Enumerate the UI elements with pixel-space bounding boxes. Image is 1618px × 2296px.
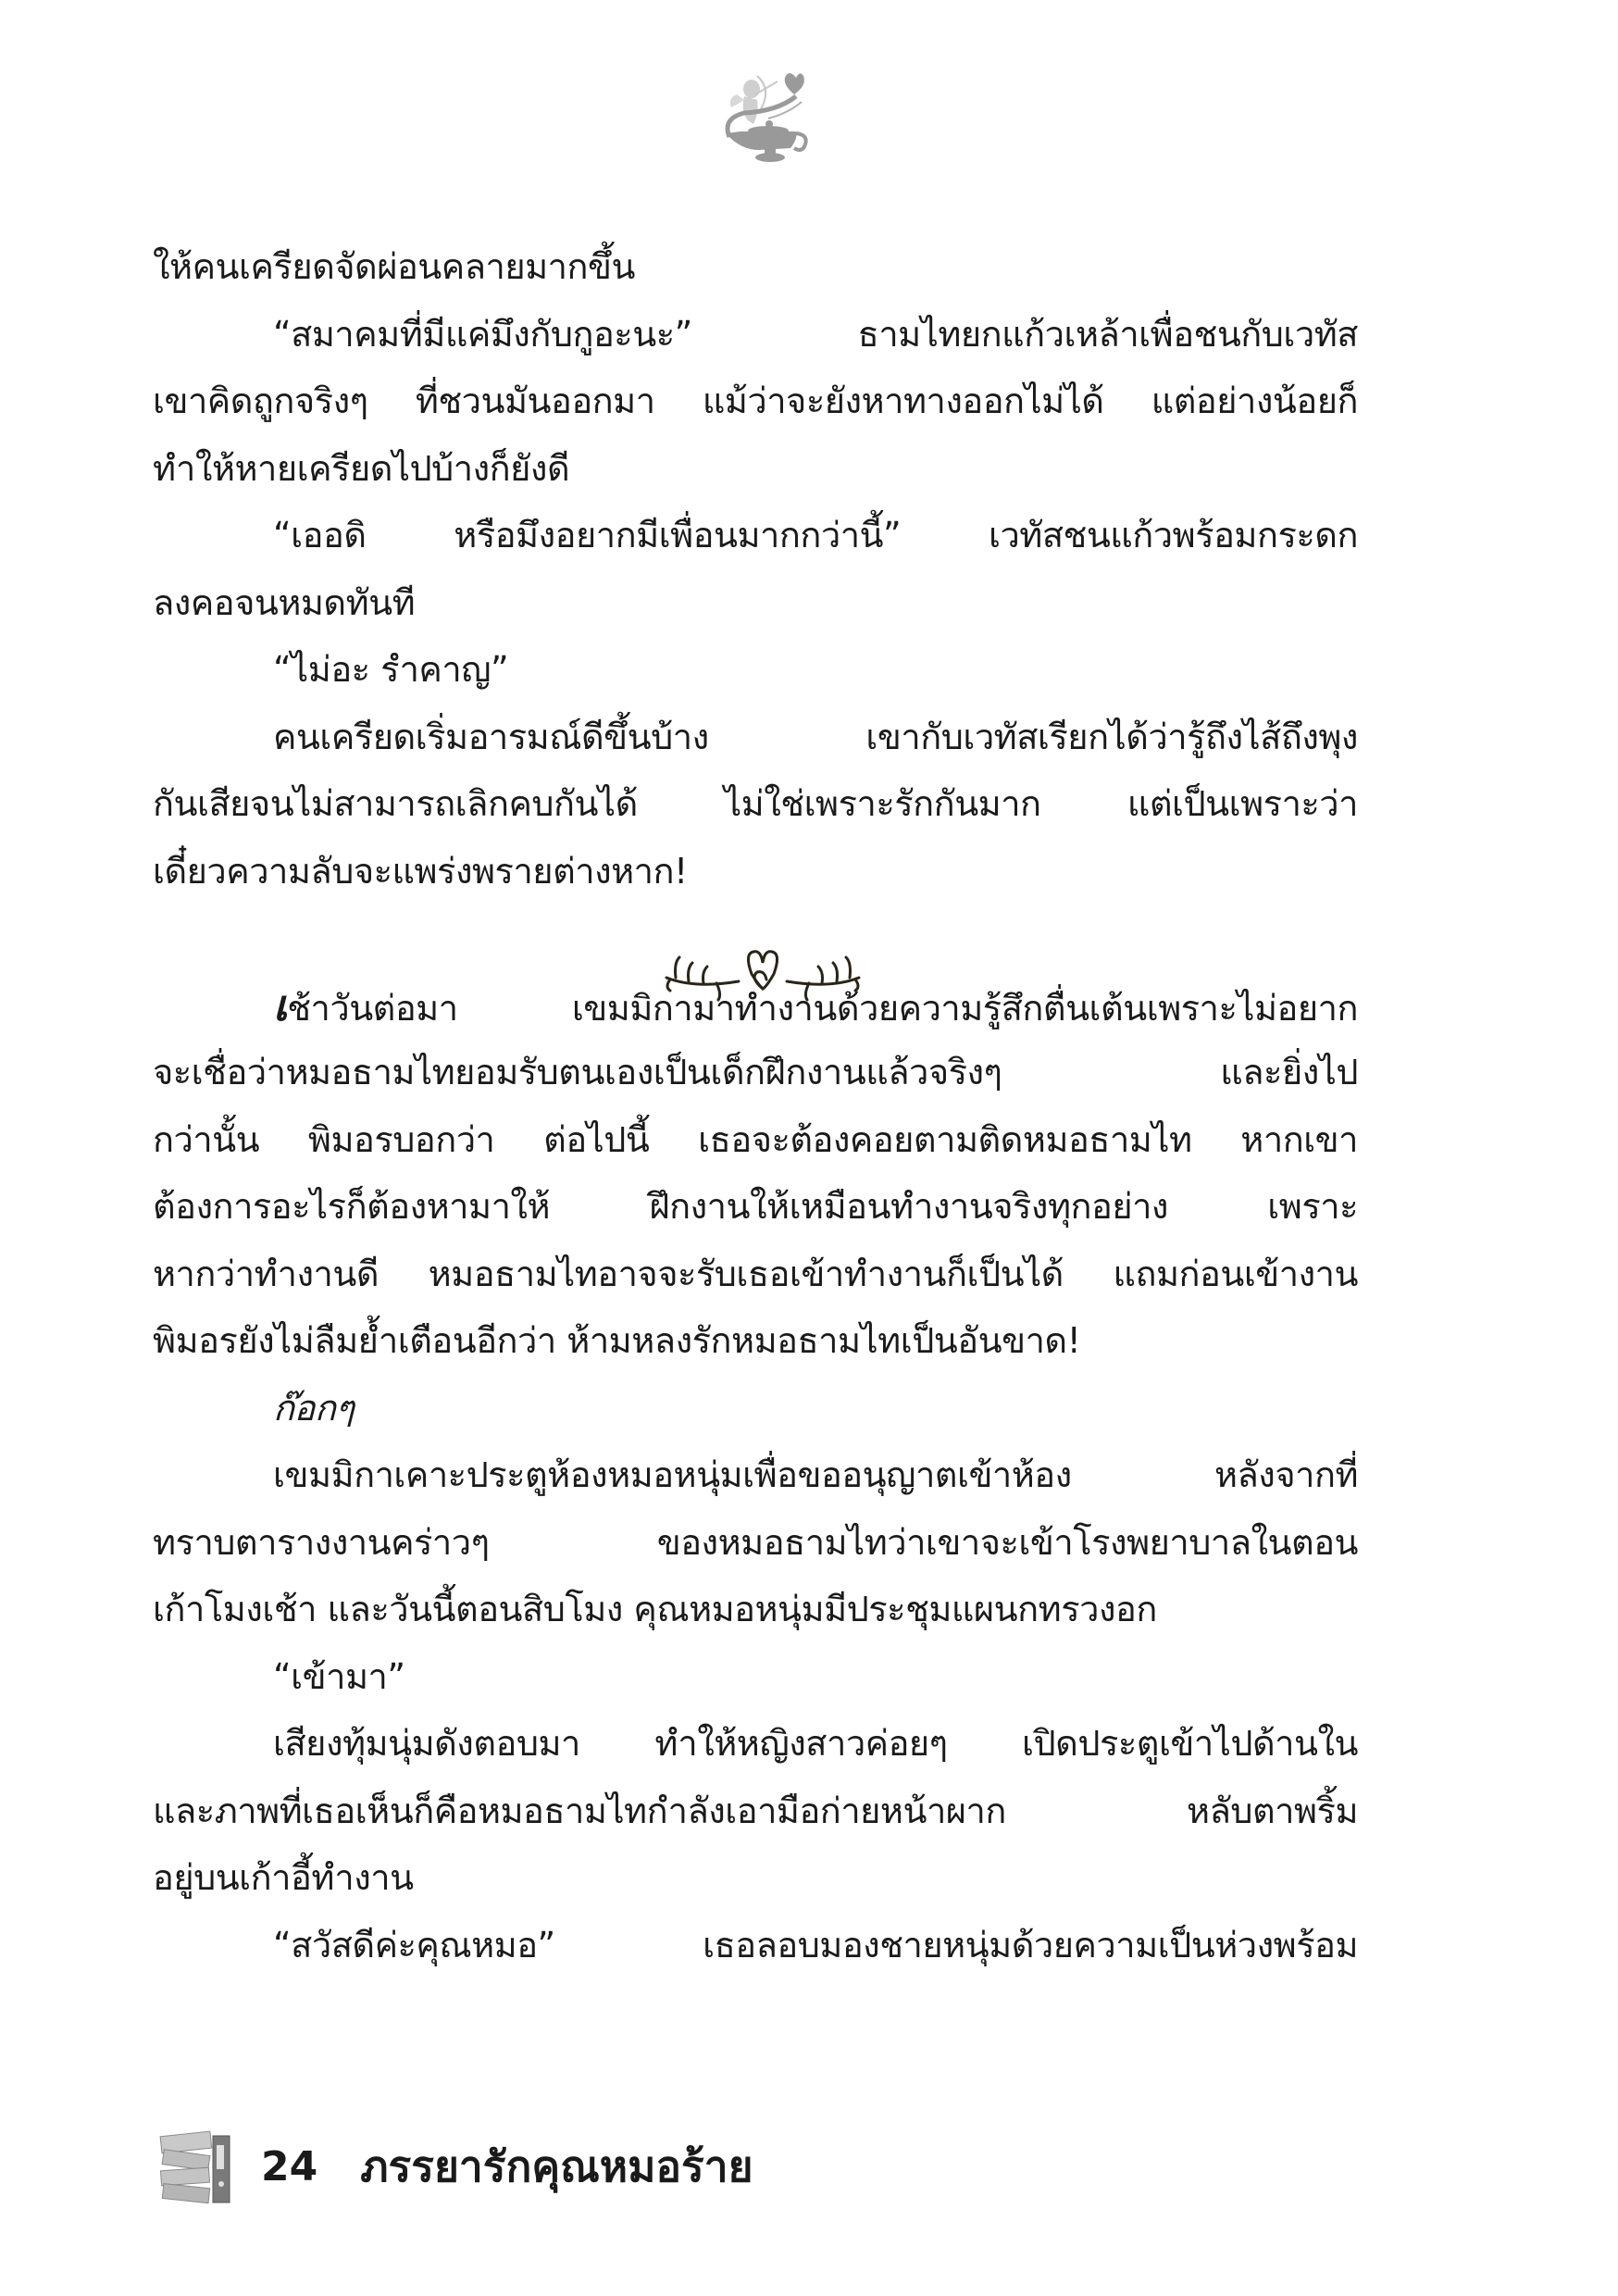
text-line: กว่านั้น พิมอรบอกว่า ต่อไปนี้ เธอจะต้องค… bbox=[153, 1106, 1358, 1174]
text-line: กันเสียจนไม่สามารถเลิกคบกันได้ ไม่ใช่เพร… bbox=[153, 770, 1358, 838]
text-line: เขมมิกาเคาะประตูห้องหมอหนุ่มเพื่อขออนุญา… bbox=[153, 1441, 1358, 1509]
text-line: และภาพที่เธอเห็นก็คือหมอธามไทกำลังเอามือ… bbox=[153, 1778, 1358, 1845]
cupid-teapot-icon bbox=[703, 57, 815, 168]
text-line: คนเครียดเริ่มอารมณ์ดีขึ้นบ้าง เขากับเวทั… bbox=[153, 704, 1358, 771]
text-line: “เออดิ หรือมึงอยากมีเพื่อนมากกว่านี้” เว… bbox=[153, 502, 1358, 569]
text-line-content: ต้องการอะไรก็ต้องหามาให้ ฝึกงานให้เหมือน… bbox=[153, 1186, 1358, 1227]
book-title: ภรรยารักคุณหมอร้าย bbox=[360, 2133, 753, 2201]
text-line: “สมาคมที่มีแค่มึงกับกูอะนะ” ธามไทยกแก้วเ… bbox=[153, 301, 1358, 368]
text-line-content: “สมาคมที่มีแค่มึงกับกูอะนะ” ธามไทยกแก้วเ… bbox=[273, 314, 1358, 355]
text-line-content: ทราบตารางงานคร่าวๆ ของหมอธามไทว่าเขาจะเข… bbox=[153, 1522, 1358, 1563]
text-line-content: อยู่บนเก้าอี้ทำงาน bbox=[153, 1857, 414, 1898]
text-line-content: เสียงทุ้มนุ่มดังตอบมา ทำให้หญิงสาวค่อยๆ … bbox=[273, 1723, 1358, 1764]
text-line-content: ทำให้หายเครียดไปบ้างก็ยังดี bbox=[153, 448, 569, 489]
text-line: ก๊อกๆ bbox=[153, 1375, 1358, 1442]
text-line: “ไม่อะ รำคาญ” bbox=[153, 636, 1358, 704]
text-line: อยู่บนเก้าอี้ทำงาน bbox=[153, 1844, 1358, 1912]
text-line-content: เขาคิดถูกจริงๆ ที่ชวนมันออกมา แม้ว่าจะยั… bbox=[153, 381, 1358, 421]
text-line: ทราบตารางงานคร่าวๆ ของหมอธามไทว่าเขาจะเข… bbox=[153, 1509, 1358, 1577]
text-line-content: “เข้ามา” bbox=[273, 1656, 405, 1697]
text-line: ลงคอจนหมดทันที bbox=[153, 569, 1358, 637]
text-line: เดี๋ยวความลับจะแพร่งพรายต่างหาก! bbox=[153, 838, 1358, 905]
text-line: เสียงทุ้มนุ่มดังตอบมา ทำให้หญิงสาวค่อยๆ … bbox=[153, 1710, 1358, 1778]
text-line-content: ให้คนเครียดจัดผ่อนคลายมากขึ้น bbox=[153, 246, 635, 287]
text-line-content: และภาพที่เธอเห็นก็คือหมอธามไทกำลังเอามือ… bbox=[153, 1791, 1358, 1831]
text-line-content: “สวัสดีค่ะคุณหมอ” เธอลอบมองชายหนุ่มด้วยค… bbox=[273, 1925, 1358, 1965]
text-line-content: “เออดิ หรือมึงอยากมีเพื่อนมากกว่านี้” เว… bbox=[273, 515, 1358, 555]
text-line: “สวัสดีค่ะคุณหมอ” เธอลอบมองชายหนุ่มด้วยค… bbox=[153, 1912, 1358, 1979]
text-line-content: คนเครียดเริ่มอารมณ์ดีขึ้นบ้าง เขากับเวทั… bbox=[273, 717, 1358, 757]
drop-cap: เ bbox=[273, 980, 287, 1030]
text-line-content: เดี๋ยวความลับจะแพร่งพรายต่างหาก! bbox=[153, 851, 688, 892]
page-number: 24 bbox=[261, 2143, 317, 2190]
text-line: จะเชื่อว่าหมอธามไทยอมรับตนเองเป็นเด็กฝึก… bbox=[153, 1039, 1358, 1106]
text-line-content: กว่านั้น พิมอรบอกว่า ต่อไปนี้ เธอจะต้องค… bbox=[153, 1119, 1358, 1160]
text-line: เก้าโมงเช้า และวันนี้ตอนสิบโมง คุณหมอหนุ… bbox=[153, 1576, 1358, 1643]
text-line-content: เก้าโมงเช้า และวันนี้ตอนสิบโมง คุณหมอหนุ… bbox=[153, 1589, 1157, 1629]
text-line: ทำให้หายเครียดไปบ้างก็ยังดี bbox=[153, 435, 1358, 503]
text-line: ต้องการอะไรก็ต้องหามาให้ ฝึกงานให้เหมือน… bbox=[153, 1173, 1358, 1241]
text-line-content: เขมมิกาเคาะประตูห้องหมอหนุ่มเพื่อขออนุญา… bbox=[273, 1454, 1358, 1495]
text-line: ให้คนเครียดจัดผ่อนคลายมากขึ้น bbox=[153, 233, 1358, 301]
text-line-content: ลงคอจนหมดทันที bbox=[153, 582, 415, 623]
text-line-content: พิมอรยังไม่ลืมย้ำเตือนอีกว่า ห้ามหลงรักห… bbox=[153, 1320, 1080, 1361]
text-line: เขาคิดถูกจริงๆ ที่ชวนมันออกมา แม้ว่าจะยั… bbox=[153, 368, 1358, 435]
text-line: หากว่าทำงานดี หมอธามไทอาจจะรับเธอเข้าทำง… bbox=[153, 1241, 1358, 1308]
text-line-content: กันเสียจนไม่สามารถเลิกคบกันได้ ไม่ใช่เพร… bbox=[153, 783, 1358, 824]
text-line: พิมอรยังไม่ลืมย้ำเตือนอีกว่า ห้ามหลงรักห… bbox=[153, 1307, 1358, 1375]
text-line-content: หากว่าทำงานดี หมอธามไทอาจจะรับเธอเข้าทำง… bbox=[153, 1254, 1358, 1294]
page-body-text: ให้คนเครียดจัดผ่อนคลายมากขึ้น“สมาคมที่มี… bbox=[153, 233, 1358, 1978]
text-line-content: “ไม่อะ รำคาญ” bbox=[273, 649, 508, 690]
floral-heart-divider-icon bbox=[648, 946, 879, 1002]
text-line-content: ก๊อกๆ bbox=[273, 1388, 354, 1429]
text-line-content: จะเชื่อว่าหมอธามไทยอมรับตนเองเป็นเด็กฝึก… bbox=[153, 1052, 1358, 1092]
page-footer: 24 ภรรยารักคุณหมอร้าย bbox=[157, 2115, 753, 2217]
stacked-folders-icon bbox=[157, 2125, 241, 2208]
text-line: “เข้ามา” bbox=[153, 1643, 1358, 1711]
